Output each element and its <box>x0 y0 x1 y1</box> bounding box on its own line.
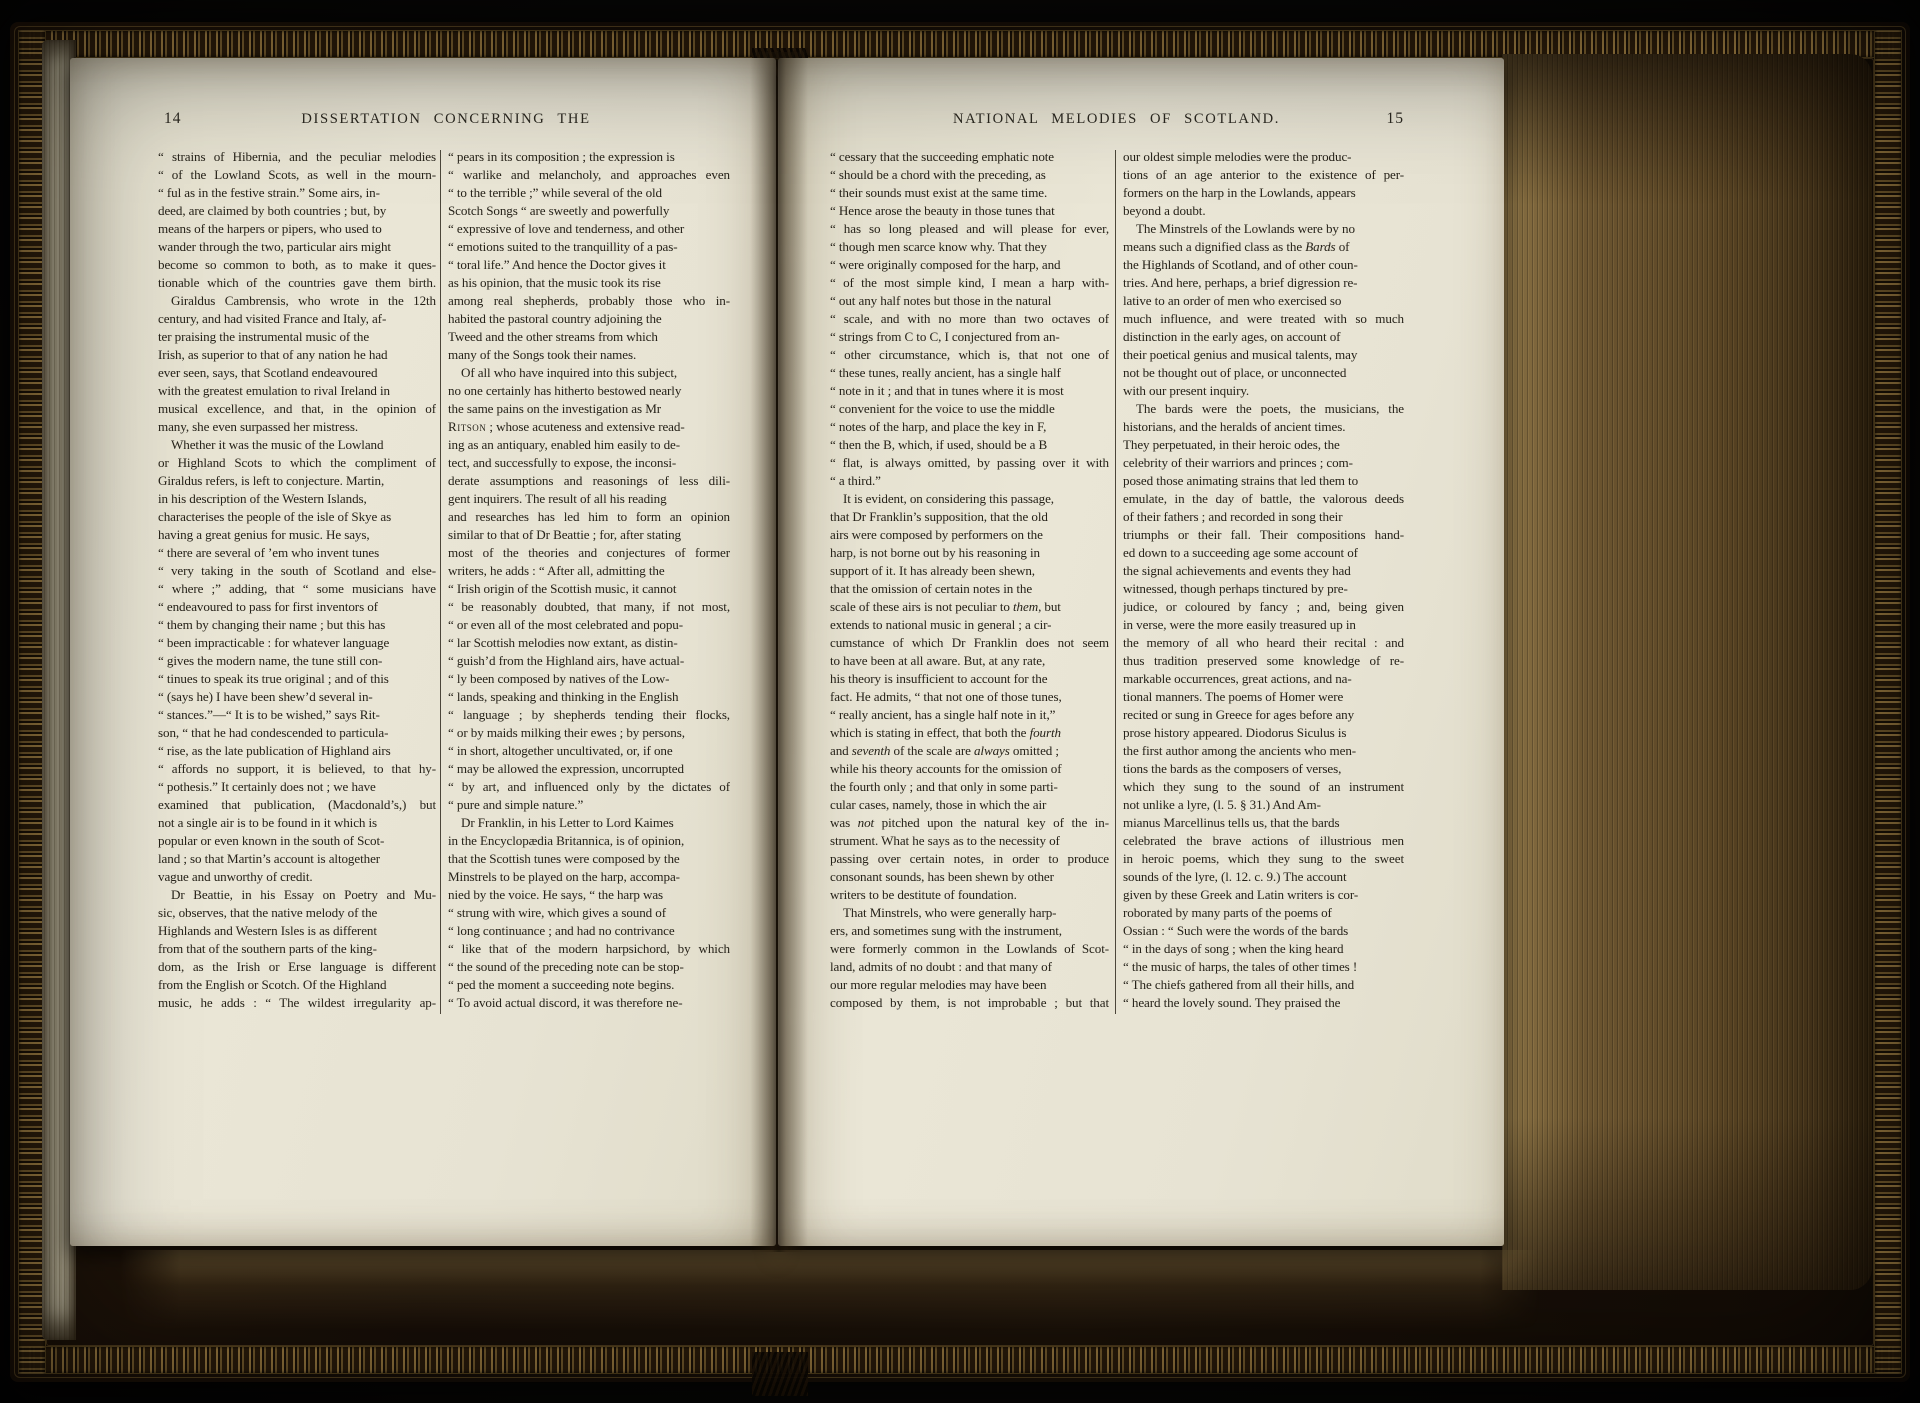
text-line: distinction in the early ages, on accoun… <box>1123 328 1404 346</box>
text-line: “ toral life.” And hence the Doctor give… <box>448 256 730 274</box>
text-line: tional manners. The poems of Homer were <box>1123 688 1404 706</box>
text-line: Highlands and Western Isles is as differ… <box>158 922 436 940</box>
text-line: celebrated the brave actions of illustri… <box>1123 832 1404 850</box>
text-line: The bards were the poets, the musicians,… <box>1123 400 1404 418</box>
text-line: “ tinues to speak its true original ; an… <box>158 670 436 688</box>
text-line: “ in the days of song ; when the king he… <box>1123 940 1404 958</box>
text-line: means of the harpers or pipers, who used… <box>158 220 436 238</box>
page-14-column-2: “ pears in its composition ; the express… <box>448 148 730 1012</box>
text-line: “ Hence arose the beauty in those tunes … <box>830 202 1109 220</box>
text-line: triumphs or their fall. Their compositio… <box>1123 526 1404 544</box>
text-line: ers, and sometimes sung with the instrum… <box>830 922 1109 940</box>
text-line: musical excellence, and that, in the opi… <box>158 400 436 418</box>
text-line: “ or by maids milking their ewes ; by pe… <box>448 724 730 742</box>
text-line: many of the Songs took their names. <box>448 346 730 364</box>
text-line: “ ly been composed by natives of the Low… <box>448 670 730 688</box>
text-line: “ has so long pleased and will please fo… <box>830 220 1109 238</box>
text-line: “ out any half notes but those in the na… <box>830 292 1109 310</box>
text-line: Scotch Songs “ are sweetly and powerfull… <box>448 202 730 220</box>
text-line: the signal achievements and events they … <box>1123 562 1404 580</box>
text-line: “ by art, and influenced only by the dic… <box>448 778 730 796</box>
text-line: was not pitched upon the natural key of … <box>830 814 1109 832</box>
text-line: not be thought out of place, or unconnec… <box>1123 364 1404 382</box>
text-line: characterises the people of the isle of … <box>158 508 436 526</box>
page-15-column-1: “ cessary that the succeeding emphatic n… <box>830 148 1109 1012</box>
text-line: writers, he adds : “ After all, admittin… <box>448 562 730 580</box>
text-line: tions of an age anterior to the existenc… <box>1123 166 1404 184</box>
text-line: writers to be destitute of foundation. <box>830 886 1109 904</box>
text-line: tionable which of the countries gave the… <box>158 274 436 292</box>
text-line: “ strung with wire, which gives a sound … <box>448 904 730 922</box>
text-line: “ these tunes, really ancient, has a sin… <box>830 364 1109 382</box>
text-line: “ To avoid actual discord, it was theref… <box>448 994 730 1012</box>
text-line: “ lar Scottish melodies now extant, as d… <box>448 634 730 652</box>
page-15: NATIONAL MELODIES OF SCOTLAND. 15 “ cess… <box>778 58 1504 1246</box>
text-line: while his theory accounts for the omissi… <box>830 760 1109 778</box>
column-divider <box>440 150 441 1014</box>
text-line: thus tradition preserved some knowledge … <box>1123 652 1404 670</box>
text-line: cumstance of which Dr Franklin does not … <box>830 634 1109 652</box>
text-line: which is stating in effect, that both th… <box>830 724 1109 742</box>
page-15-column-2: our oldest simple melodies were the prod… <box>1123 148 1404 1012</box>
text-line: “ of the Lowland Scots, as well in the m… <box>158 166 436 184</box>
text-line: examined that publication, (Macdonald’s,… <box>158 796 436 814</box>
text-line: mianus Marcellinus tells us, that the ba… <box>1123 814 1404 832</box>
text-line: passing over certain notes, in order to … <box>830 850 1109 868</box>
running-title: NATIONAL MELODIES OF SCOTLAND. <box>828 111 1405 128</box>
text-line: habited the pastoral country adjoining t… <box>448 310 730 328</box>
text-line: “ expressive of love and tenderness, and… <box>448 220 730 238</box>
text-line: with our present inquiry. <box>1123 382 1404 400</box>
text-line: markable occurrences, great actions, and… <box>1123 670 1404 688</box>
text-line: “ scale, and with no more than two octav… <box>830 310 1109 328</box>
text-line: harp, is not borne out by his reasoning … <box>830 544 1109 562</box>
text-line: “ pears in its composition ; the express… <box>448 148 730 166</box>
text-line: deed, are claimed by both countries ; bu… <box>158 202 436 220</box>
text-line: “ rise, as the late publication of Highl… <box>158 742 436 760</box>
text-line: in his description of the Western Island… <box>158 490 436 508</box>
text-line: land ; so that Martin’s account is altog… <box>158 850 436 868</box>
text-line: cular cases, namely, those in which the … <box>830 796 1109 814</box>
text-line: tions the bards as the composers of vers… <box>1123 760 1404 778</box>
text-line: means such a dignified class as the Bard… <box>1123 238 1404 256</box>
text-line: recited or sung in Greece for ages befor… <box>1123 706 1404 724</box>
text-line: music, he adds : “ The wildest irregular… <box>158 994 436 1012</box>
text-line: “ to the terrible ;” while several of th… <box>448 184 730 202</box>
text-line: “ like that of the modern harpsichord, b… <box>448 940 730 958</box>
text-line: nied by the voice. He says, “ the harp w… <box>448 886 730 904</box>
page-edges-bottom <box>120 1250 1540 1330</box>
text-line: “ or even all of the most celebrated and… <box>448 616 730 634</box>
text-line: similar to that of Dr Beattie ; for, aft… <box>448 526 730 544</box>
text-line: “ pure and simple nature.” <box>448 796 730 814</box>
page-14: 14 DISSERTATION CONCERNING THE “ strains… <box>70 58 776 1246</box>
text-line: “ may be allowed the expression, uncorru… <box>448 760 730 778</box>
text-line: in heroic poems, which they sung to the … <box>1123 850 1404 868</box>
text-line: “ ful as in the festive strain.” Some ai… <box>158 184 436 202</box>
text-line: “ their sounds must exist at the same ti… <box>830 184 1109 202</box>
text-line: “ warlike and melancholy, and approaches… <box>448 166 730 184</box>
text-line: not unlike a lyre, (l. 5. § 31.) And Am- <box>1123 796 1404 814</box>
text-line: their poetical genius and musical talent… <box>1123 346 1404 364</box>
text-line: tect, and successfully to expose, the in… <box>448 454 730 472</box>
text-line: witnessed, though perhaps tinctured by p… <box>1123 580 1404 598</box>
text-line: posed those animating strains that led t… <box>1123 472 1404 490</box>
column-divider <box>1115 150 1116 1014</box>
text-line: dom, as the Irish or Erse language is di… <box>158 958 436 976</box>
text-line: “ cessary that the succeeding emphatic n… <box>830 148 1109 166</box>
text-line: no one certainly has hitherto bestowed n… <box>448 382 730 400</box>
text-line: ing as an antiquary, enabled him easily … <box>448 436 730 454</box>
text-line: “ heard the lovely sound. They praised t… <box>1123 994 1404 1012</box>
text-line: “ there are several of ’em who invent tu… <box>158 544 436 562</box>
page-14-column-1: “ strains of Hibernia, and the peculiar … <box>158 148 436 1012</box>
text-line: prose history appeared. Diodorus Siculus… <box>1123 724 1404 742</box>
text-line: strument. What he says as to the necessi… <box>830 832 1109 850</box>
text-line: “ though men scarce know why. That they <box>830 238 1109 256</box>
text-line: The Minstrels of the Lowlands were by no <box>1123 220 1404 238</box>
text-line: “ The chiefs gathered from all their hil… <box>1123 976 1404 994</box>
text-line: land, admits of no doubt : and that many… <box>830 958 1109 976</box>
text-line: ever seen, says, that Scotland endeavour… <box>158 364 436 382</box>
page-edges-fore-edge <box>1502 54 1872 1290</box>
text-line: That Minstrels, who were generally harp- <box>830 904 1109 922</box>
text-line: sic, observes, that the native melody of… <box>158 904 436 922</box>
text-line: extends to national music in general ; a… <box>830 616 1109 634</box>
text-line: “ be reasonably doubted, that many, if n… <box>448 598 730 616</box>
text-line: “ language ; by shepherds tending their … <box>448 706 730 724</box>
text-line: the first author among the ancients who … <box>1123 742 1404 760</box>
text-line: “ should be a chord with the preceding, … <box>830 166 1109 184</box>
text-line: given by these Greek and Latin writers i… <box>1123 886 1404 904</box>
text-line: derate assumptions and reasonings of les… <box>448 472 730 490</box>
text-line: “ guish’d from the Highland airs, have a… <box>448 652 730 670</box>
text-line: historians, and the heralds of ancient t… <box>1123 418 1404 436</box>
text-line: judice, or coloured by fancy ; and, bein… <box>1123 598 1404 616</box>
page-number: 15 <box>1387 110 1405 128</box>
text-line: wander through the two, particular airs … <box>158 238 436 256</box>
text-line: that the omission of certain notes in th… <box>830 580 1109 598</box>
text-line: “ then the B, which, if used, should be … <box>830 436 1109 454</box>
text-line: many, she even surpassed her mistress. <box>158 418 436 436</box>
text-line: Dr Franklin, in his Letter to Lord Kaime… <box>448 814 730 832</box>
text-line: gent inquirers. The result of all his re… <box>448 490 730 508</box>
text-line: of their fathers ; and recorded in song … <box>1123 508 1404 526</box>
text-line: Irish, as superior to that of any nation… <box>158 346 436 364</box>
text-line: Giraldus Cambrensis, who wrote in the 12… <box>158 292 436 310</box>
text-line: popular or even known in the south of Sc… <box>158 832 436 850</box>
text-line: roborated by many parts of the poems of <box>1123 904 1404 922</box>
text-line: “ really ancient, has a single half note… <box>830 706 1109 724</box>
text-line: “ strings from C to C, I conjectured fro… <box>830 328 1109 346</box>
text-line: “ stances.”—“ It is to be wished,” says … <box>158 706 436 724</box>
text-line: in verse, were the more easily treasured… <box>1123 616 1404 634</box>
text-line: to have been at all aware. But, at any r… <box>830 652 1109 670</box>
text-line: “ of the most simple kind, I mean a harp… <box>830 274 1109 292</box>
text-line: our more regular melodies may have been <box>830 976 1109 994</box>
text-line: Ritson ; whose acuteness and extensive r… <box>448 418 730 436</box>
text-line: much influence, and were treated with so… <box>1123 310 1404 328</box>
text-line: or Highland Scots to which the complimen… <box>158 454 436 472</box>
text-line: as his opinion, that the music took its … <box>448 274 730 292</box>
text-line: “ other circumstance, which is, that not… <box>830 346 1109 364</box>
text-line: scale of these airs is not peculiar to t… <box>830 598 1109 616</box>
text-line: “ where ;” adding, that “ some musicians… <box>158 580 436 598</box>
text-line: and seventh of the scale are always omit… <box>830 742 1109 760</box>
text-line: “ (says he) I have been shew’d several i… <box>158 688 436 706</box>
text-line: “ note in it ; and that in tunes where i… <box>830 382 1109 400</box>
text-line: Ossian : “ Such were the words of the ba… <box>1123 922 1404 940</box>
text-line: “ ped the moment a succeeding note begin… <box>448 976 730 994</box>
text-line: consonant sounds, has been shewn by othe… <box>830 868 1109 886</box>
text-line: Tweed and the other streams from which <box>448 328 730 346</box>
text-line: “ affords no support, it is believed, to… <box>158 760 436 778</box>
text-line: having a great genius for music. He says… <box>158 526 436 544</box>
text-line: “ convenient for the voice to use the mi… <box>830 400 1109 418</box>
text-line: become so common to both, as to make it … <box>158 256 436 274</box>
text-line: from that of the southern parts of the k… <box>158 940 436 958</box>
text-line: not a single air is to be found in it wh… <box>158 814 436 832</box>
text-line: that the Scottish tunes were composed by… <box>448 850 730 868</box>
text-line: “ gives the modern name, the tune still … <box>158 652 436 670</box>
text-line: among real shepherds, probably those who… <box>448 292 730 310</box>
text-line: “ them by changing their name ; but this… <box>158 616 436 634</box>
text-line: the Highlands of Scotland, and of other … <box>1123 256 1404 274</box>
text-line: son, “ that he had condescended to parti… <box>158 724 436 742</box>
text-line: the fourth only ; and that only in some … <box>830 778 1109 796</box>
gilt-border-right <box>1874 30 1902 1374</box>
text-line: “ the music of harps, the tales of other… <box>1123 958 1404 976</box>
text-line: most of the theories and conjectures of … <box>448 544 730 562</box>
text-line: the same pains on the investigation as M… <box>448 400 730 418</box>
text-line: “ flat, is always omitted, by passing ov… <box>830 454 1109 472</box>
text-line: celebrity of their warriors and princes … <box>1123 454 1404 472</box>
text-line: fact. He admits, “ that not one of those… <box>830 688 1109 706</box>
text-line: “ emotions suited to the tranquillity of… <box>448 238 730 256</box>
text-line: were formerly common in the Lowlands of … <box>830 940 1109 958</box>
text-line: sounds of the lyre, (l. 12. c. 9.) The a… <box>1123 868 1404 886</box>
text-line: composed by them, is not improbable ; bu… <box>830 994 1109 1012</box>
text-line: “ been impracticable : for whatever lang… <box>158 634 436 652</box>
text-line: ed down to a succeeding age some account… <box>1123 544 1404 562</box>
text-line: his theory is insufficient to account fo… <box>830 670 1109 688</box>
text-line: beyond a doubt. <box>1123 202 1404 220</box>
text-line: emulate, in the day of battle, the valor… <box>1123 490 1404 508</box>
text-line: the memory of all who heard their recita… <box>1123 634 1404 652</box>
running-title: DISSERTATION CONCERNING THE <box>160 111 732 128</box>
text-line: ter praising the instrumental music of t… <box>158 328 436 346</box>
text-line: “ were originally composed for the harp,… <box>830 256 1109 274</box>
text-line: in the Encyclopædia Britannica, is of op… <box>448 832 730 850</box>
text-line: formers on the harp in the Lowlands, app… <box>1123 184 1404 202</box>
text-line: “ pothesis.” It certainly does not ; we … <box>158 778 436 796</box>
text-line: “ a third.” <box>830 472 1109 490</box>
text-line: with the greatest emulation to rival Ire… <box>158 382 436 400</box>
text-line: vague and unworthy of credit. <box>158 868 436 886</box>
text-line: tries. And here, perhaps, a brief digres… <box>1123 274 1404 292</box>
text-line: Dr Beattie, in his Essay on Poetry and M… <box>158 886 436 904</box>
text-line: “ very taking in the south of Scotland a… <box>158 562 436 580</box>
spine-tailband <box>752 1352 808 1396</box>
book-photograph: 14 DISSERTATION CONCERNING THE “ strains… <box>0 0 1920 1403</box>
text-line: from the English or Scotch. Of the Highl… <box>158 976 436 994</box>
text-line: “ Irish origin of the Scottish music, it… <box>448 580 730 598</box>
text-line: support of it. It has already been shewn… <box>830 562 1109 580</box>
text-line: Minstrels to be played on the harp, acco… <box>448 868 730 886</box>
gilt-border-bottom <box>18 1346 1902 1374</box>
text-line: lative to an order of men who exercised … <box>1123 292 1404 310</box>
text-line: Whether it was the music of the Lowland <box>158 436 436 454</box>
text-line: “ the sound of the preceding note can be… <box>448 958 730 976</box>
text-line: airs were composed by performers on the <box>830 526 1109 544</box>
text-line: century, and had visited France and Ital… <box>158 310 436 328</box>
text-line: and researches has led him to form an op… <box>448 508 730 526</box>
text-line: “ in short, altogether uncultivated, or,… <box>448 742 730 760</box>
text-line: “ notes of the harp, and place the key i… <box>830 418 1109 436</box>
text-line: our oldest simple melodies were the prod… <box>1123 148 1404 166</box>
text-line: Of all who have inquired into this subje… <box>448 364 730 382</box>
text-line: They perpetuated, in their heroic odes, … <box>1123 436 1404 454</box>
text-line: which they sung to the sound of an instr… <box>1123 778 1404 796</box>
text-line: “ strains of Hibernia, and the peculiar … <box>158 148 436 166</box>
text-line: “ endeavoured to pass for first inventor… <box>158 598 436 616</box>
text-line: Giraldus refers, is left to conjecture. … <box>158 472 436 490</box>
text-line: that Dr Franklin’s supposition, that the… <box>830 508 1109 526</box>
text-line: “ long continuance ; and had no contriva… <box>448 922 730 940</box>
text-line: It is evident, on considering this passa… <box>830 490 1109 508</box>
text-line: “ lands, speaking and thinking in the En… <box>448 688 730 706</box>
